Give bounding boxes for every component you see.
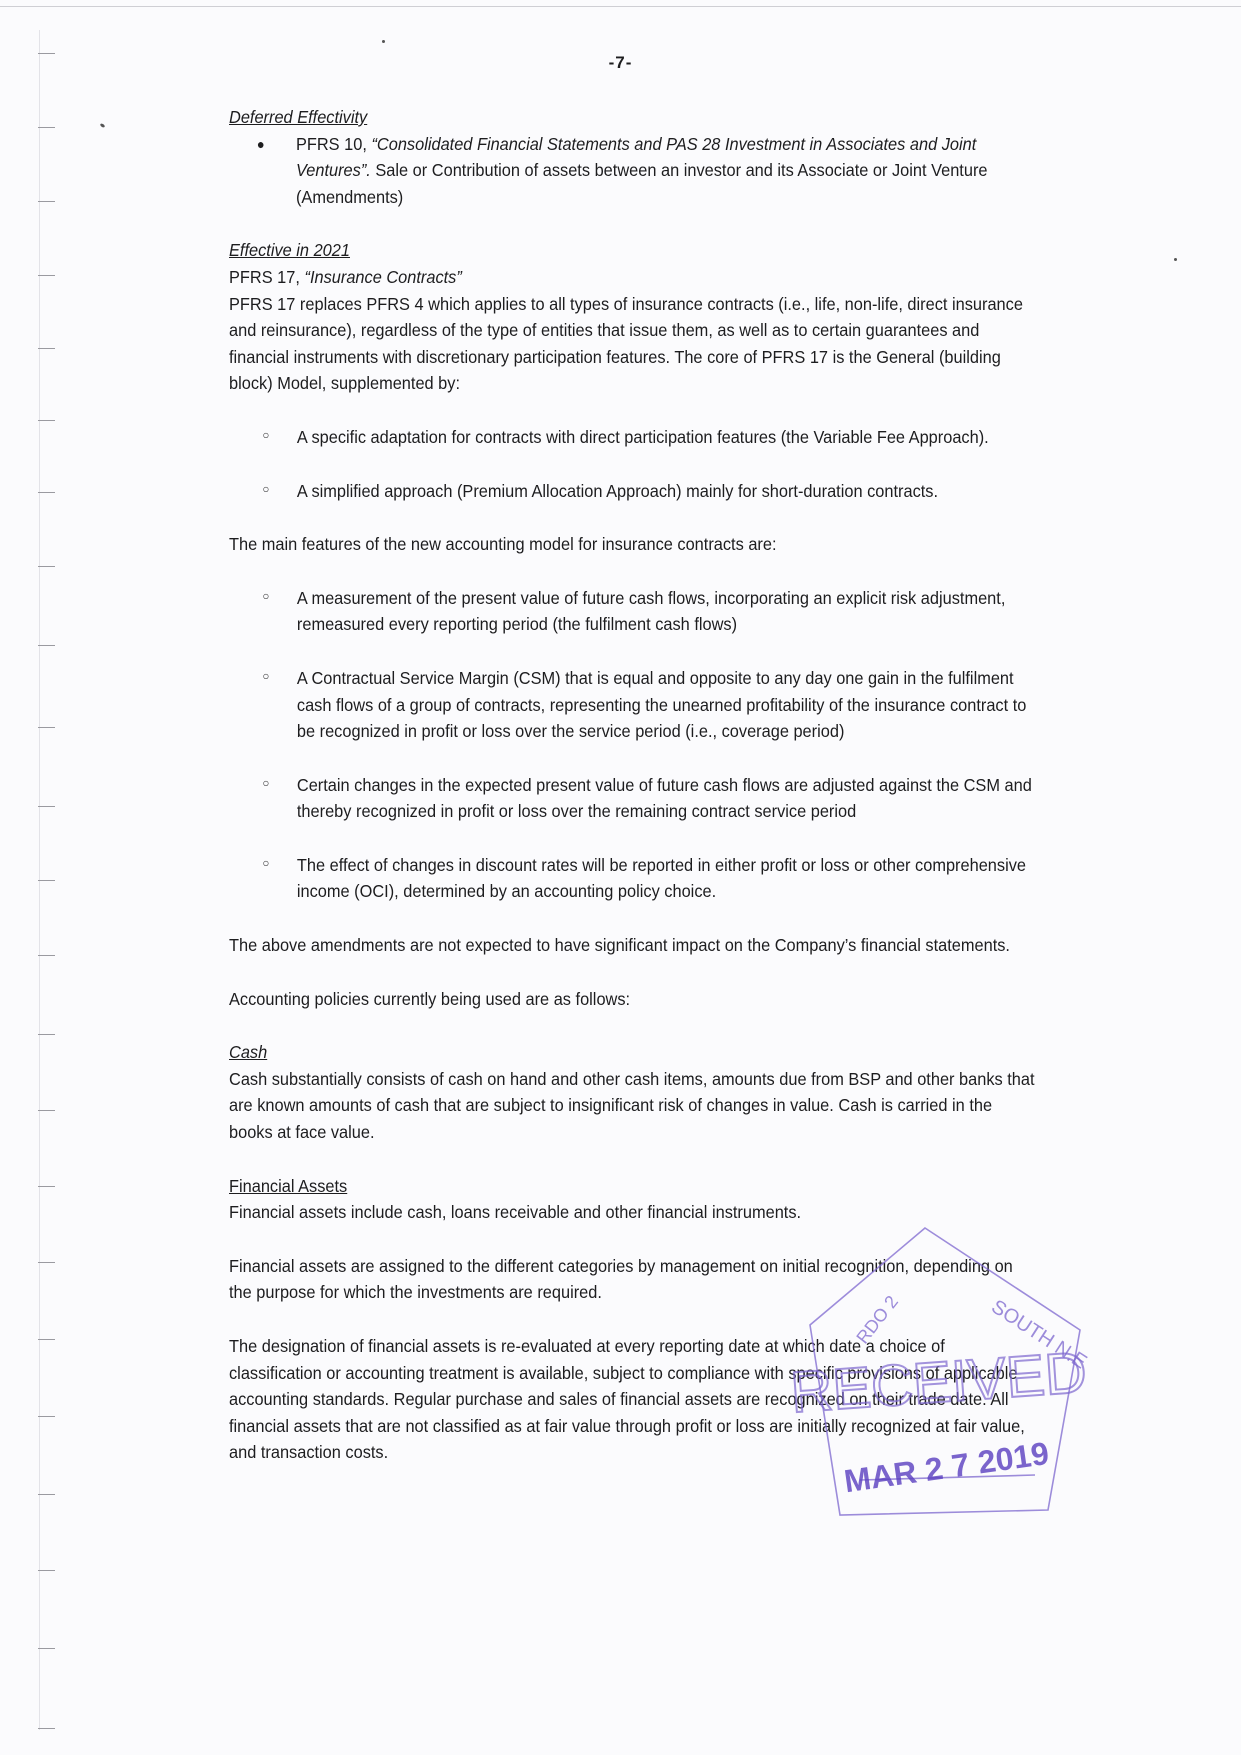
scan-speck bbox=[382, 40, 385, 43]
pfrs17-title: PFRS 17, “Insurance Contracts” bbox=[229, 264, 1038, 291]
pfrs10-text: PFRS 10, “Consolidated Financial Stateme… bbox=[296, 131, 1038, 211]
scan-speck bbox=[1174, 258, 1177, 261]
policies-intro: Accounting policies currently being used… bbox=[229, 986, 1038, 1013]
scan-speck bbox=[100, 123, 106, 128]
amendments-conclusion: The above amendments are not expected to… bbox=[229, 932, 1038, 959]
circle-bullet-icon: ○ bbox=[262, 585, 296, 638]
list-item: ○ The effect of changes in discount rate… bbox=[262, 852, 1038, 905]
list-item: ○ A measurement of the present value of … bbox=[262, 585, 1038, 638]
document-body: Deferred Effectivity ● PFRS 10, “Consoli… bbox=[229, 104, 1038, 1466]
cash-heading: Cash bbox=[229, 1039, 1038, 1066]
cash-body: Cash substantially consists of cash on h… bbox=[229, 1066, 1038, 1146]
pfrs17-intro: PFRS 17 replaces PFRS 4 which applies to… bbox=[229, 291, 1038, 397]
features-intro: The main features of the new accounting … bbox=[229, 531, 1038, 558]
circle-bullet-icon: ○ bbox=[262, 772, 296, 825]
financial-assets-para-3: The designation of financial assets is r… bbox=[229, 1333, 1038, 1466]
page-number: -7- bbox=[0, 53, 1241, 73]
bullet-icon: ● bbox=[257, 131, 296, 211]
list-item: ○ A specific adaptation for contracts wi… bbox=[262, 424, 1038, 451]
circle-bullet-icon: ○ bbox=[262, 852, 296, 905]
circle-bullet-icon: ○ bbox=[262, 478, 296, 505]
financial-assets-heading: Financial Assets bbox=[229, 1173, 1038, 1200]
list-item: ○ Certain changes in the expected presen… bbox=[262, 772, 1038, 825]
binding-margin-marks bbox=[38, 0, 60, 1755]
page-top-edge bbox=[0, 6, 1241, 7]
financial-assets-para-2: Financial assets are assigned to the dif… bbox=[229, 1253, 1038, 1306]
financial-assets-para-1: Financial assets include cash, loans rec… bbox=[229, 1199, 1038, 1226]
circle-bullet-icon: ○ bbox=[262, 665, 296, 745]
list-item: ● PFRS 10, “Consolidated Financial State… bbox=[257, 131, 1038, 211]
effective-2021-heading: Effective in 2021 bbox=[229, 237, 1038, 264]
list-item: ○ A Contractual Service Margin (CSM) tha… bbox=[262, 665, 1038, 745]
circle-bullet-icon: ○ bbox=[262, 424, 296, 451]
list-item: ○ A simplified approach (Premium Allocat… bbox=[262, 478, 1038, 505]
deferred-effectivity-heading: Deferred Effectivity bbox=[229, 104, 1038, 131]
